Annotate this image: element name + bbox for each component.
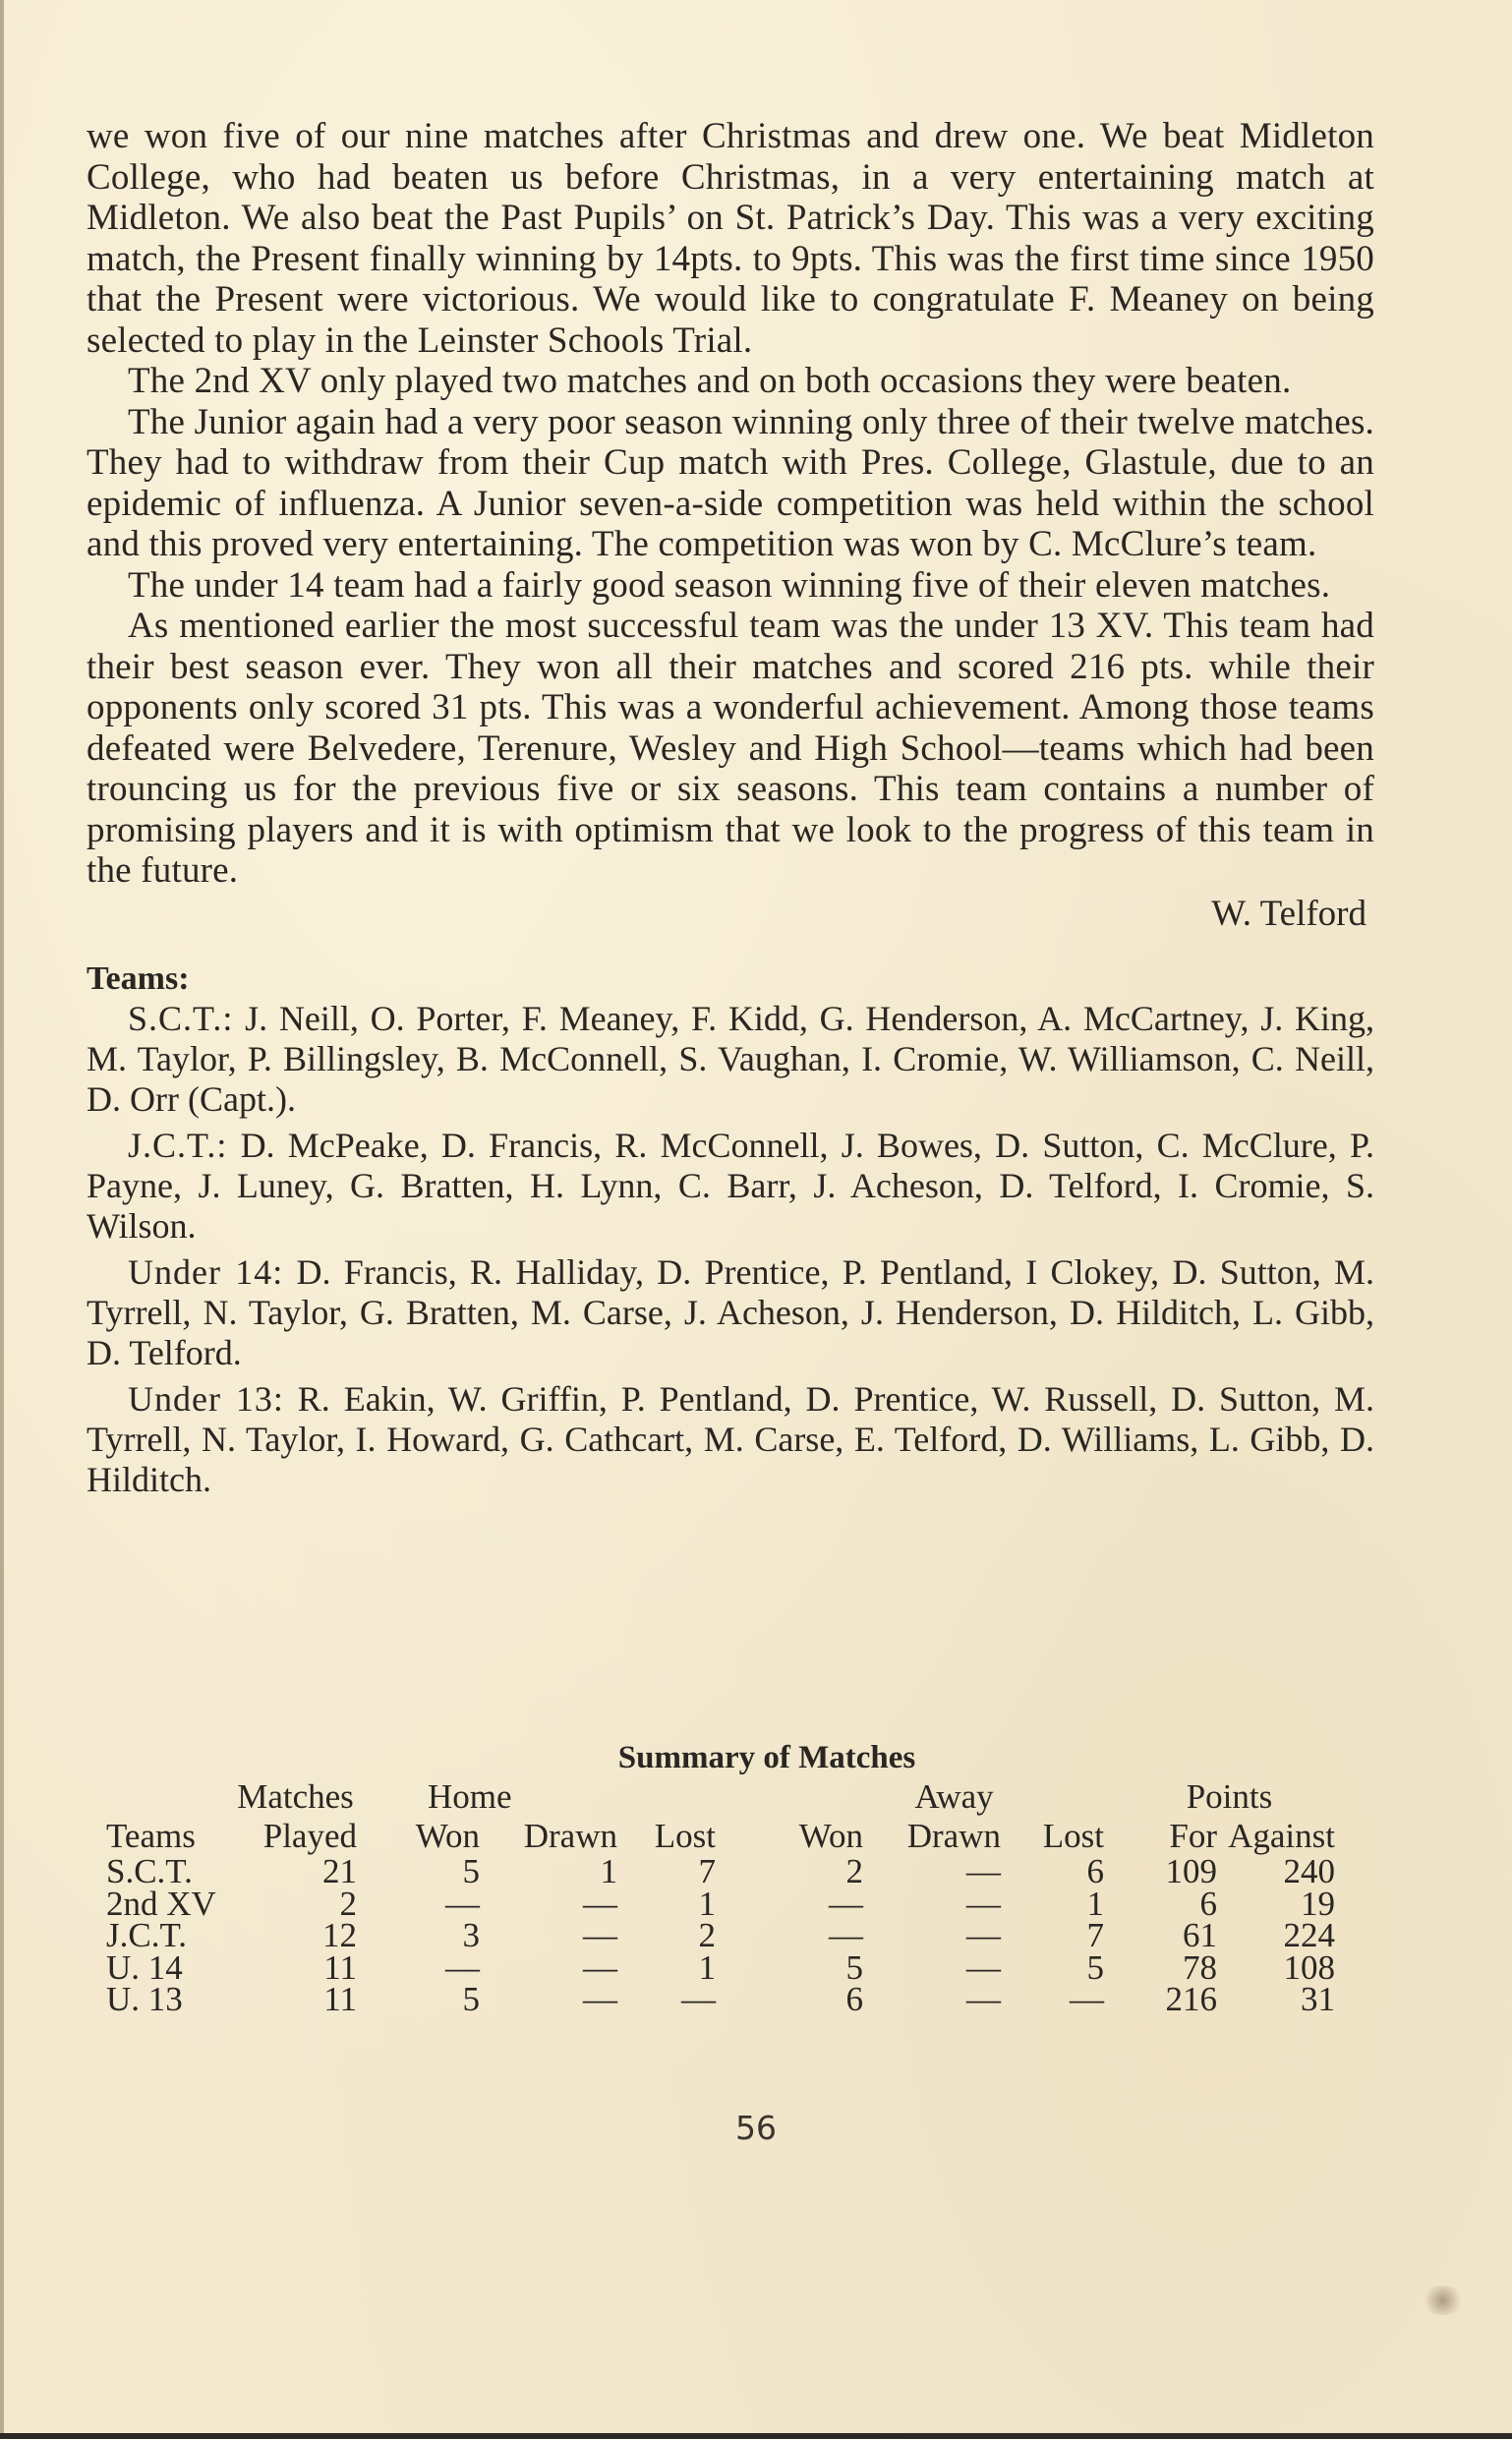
cell-points-for: 216 [1104,1984,1217,2016]
teams-heading: Teams: [87,959,1374,999]
roster-label: Under 14: [128,1252,283,1292]
cell-team: U. 13 [98,1984,234,2016]
cell-away-won: 2 [716,1856,863,1888]
cell-points-for: 61 [1104,1920,1217,1952]
col-away-won: Won [716,1817,863,1856]
cell-home-lost: 2 [617,1920,716,1952]
col-home-won: Won [377,1817,480,1856]
header-points: Points [1104,1777,1335,1817]
col-points-against: Against [1217,1817,1335,1856]
cell-home-drawn: — [480,1920,617,1952]
group-header-row: Matches Home Away Points [98,1777,1335,1817]
paragraph-first-xv-results: we won five of our nine matches after Ch… [87,116,1374,361]
page-bottom-edge [0,2433,1512,2439]
table-row: U. 14 11 — — 1 5 — 5 78 108 [98,1952,1335,1985]
book-page: we won five of our nine matches after Ch… [0,0,1512,2439]
cell-played: 21 [234,1856,377,1888]
roster-label: S.C.T.: [128,999,233,1038]
header-away: Away [716,1777,1104,1817]
col-played: Played [234,1817,377,1856]
cell-home-won: 5 [377,1984,480,2016]
cell-away-lost: — [1001,1984,1104,2016]
paragraph-under-13: As mentioned earlier the most successful… [87,606,1374,892]
roster-under-14: Under 14: D. Francis, R. Halliday, D. Pr… [87,1252,1374,1373]
table-row: S.C.T. 21 5 1 7 2 — 6 109 240 [98,1856,1335,1888]
paragraph-second-xv: The 2nd XV only played two matches and o… [87,361,1374,402]
header-matches: Matches [234,1777,377,1817]
cell-team: S.C.T. [98,1856,234,1888]
roster-label: J.C.T.: [128,1126,227,1165]
cell-home-won: 3 [377,1920,480,1952]
summary-title: Summary of Matches [138,1738,1396,1777]
cell-home-won: 5 [377,1856,480,1888]
col-home-drawn: Drawn [480,1817,617,1856]
cell-away-drawn: — [863,1920,1001,1952]
cell-points-against: 31 [1217,1984,1335,2016]
text-column: we won five of our nine matches after Ch… [87,116,1374,1506]
cell-away-won: 6 [716,1984,863,2016]
page-number: 56 [0,2109,1512,2147]
cell-away-won: — [716,1920,863,1952]
cell-points-against: 224 [1217,1920,1335,1952]
paragraph-under-14: The under 14 team had a fairly good seas… [87,565,1374,607]
header-home: Home [377,1777,716,1817]
col-away-drawn: Drawn [863,1817,1001,1856]
cell-played: 12 [234,1920,377,1952]
cell-away-lost: 7 [1001,1920,1104,1952]
cell-away-drawn: — [863,1984,1001,2016]
cell-points-against: 240 [1217,1856,1335,1888]
roster-label: Under 13: [128,1379,284,1419]
page-left-edge [0,0,4,2439]
cell-home-lost: — [617,1984,716,2016]
table-row: U. 13 11 5 — — 6 — — 216 31 [98,1984,1335,2016]
cell-away-drawn: — [863,1856,1001,1888]
paper-stain [1421,2286,1465,2315]
column-header-row: Teams Played Won Drawn Lost Won Drawn Lo… [98,1817,1335,1856]
col-teams: Teams [98,1817,234,1856]
col-away-lost: Lost [1001,1817,1104,1856]
roster-under-13: Under 13: R. Eakin, W. Griffin, P. Pentl… [87,1379,1374,1500]
cell-points-for: 109 [1104,1856,1217,1888]
paragraph-junior: The Junior again had a very poor season … [87,402,1374,565]
cell-played: 11 [234,1984,377,2016]
cell-away-lost: 6 [1001,1856,1104,1888]
roster-players: D. McPeake, D. Francis, R. McConnell, J.… [87,1126,1374,1246]
cell-home-lost: 7 [617,1856,716,1888]
summary-of-matches: Summary of Matches Matches Home Away Poi… [98,1738,1396,2016]
col-points-for: For [1104,1817,1217,1856]
cell-home-drawn: 1 [480,1856,617,1888]
roster-players: J. Neill, O. Porter, F. Meaney, F. Kidd,… [87,999,1374,1119]
table-row: J.C.T. 12 3 — 2 — — 7 61 224 [98,1920,1335,1952]
cell-away-won: 5 [716,1952,863,1985]
author-signature: W. Telford [87,894,1374,934]
col-home-lost: Lost [617,1817,716,1856]
summary-table: Matches Home Away Points Teams Played Wo… [98,1777,1335,2016]
roster-sct: S.C.T.: J. Neill, O. Porter, F. Meaney, … [87,999,1374,1120]
cell-team: J.C.T. [98,1920,234,1952]
roster-jct: J.C.T.: D. McPeake, D. Francis, R. McCon… [87,1126,1374,1247]
table-row: 2nd XV 2 — — 1 — — 1 6 19 [98,1888,1335,1921]
cell-home-drawn: — [480,1984,617,2016]
